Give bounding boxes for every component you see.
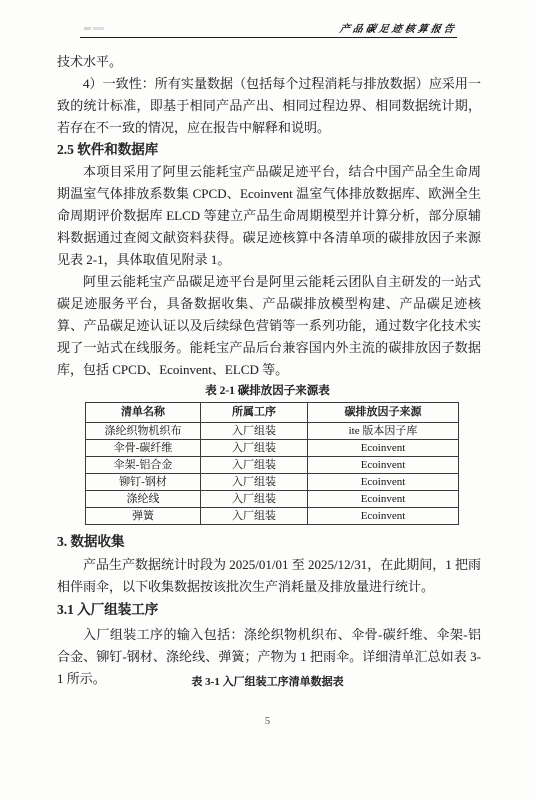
- body-text-block-upper: 技术水平。 4）一致性：所有实量数据（包括每个过程消耗与排放数据）应采用一致的统…: [57, 51, 481, 381]
- cell-process: 入厂组装: [201, 474, 308, 491]
- cell-process: 入厂组装: [201, 423, 308, 440]
- header-doc-title: 产品碳足迹核算报告: [339, 20, 459, 35]
- cell-inventory-name: 涤纶线: [86, 491, 201, 508]
- table-header-row: 清单名称 所属工序 碳排放因子来源: [86, 403, 459, 423]
- section-heading-2-5: 2.5 软件和数据库: [57, 139, 481, 161]
- paragraph-software-2: 阿里云能耗宝产品碳足迹平台是阿里云能耗云团队自主研发的一站式碳足迹服务平台，具备…: [57, 271, 481, 381]
- cell-factor-source: Ecoinvent: [308, 491, 459, 508]
- col-header-process: 所属工序: [201, 403, 308, 423]
- cell-process: 入厂组装: [201, 491, 308, 508]
- cell-factor-source: Ecoinvent: [308, 440, 459, 457]
- paragraph-data-collection: 产品生产数据统计时段为 2025/01/01 至 2025/12/31，在此期间…: [57, 554, 481, 598]
- cell-factor-source: Ecoinvent: [308, 508, 459, 525]
- paragraph-continuation: 技术水平。: [57, 51, 481, 73]
- cell-inventory-name: 弹簧: [86, 508, 201, 525]
- section-heading-3-1: 3.1 入厂组装工序: [57, 599, 158, 621]
- cell-factor-source: Ecoinvent: [308, 474, 459, 491]
- table-2-1-caption: 表 2-1 碳排放因子来源表: [0, 381, 535, 401]
- cell-inventory-name: 伞架-铝合金: [86, 457, 201, 474]
- table-row: 涤纶织物机织布 入厂组装 ite 版本因子库: [86, 423, 459, 440]
- table-row: 伞骨-碳纤维 入厂组装 Ecoinvent: [86, 440, 459, 457]
- cell-inventory-name: 伞骨-碳纤维: [86, 440, 201, 457]
- cell-process: 入厂组装: [201, 508, 308, 525]
- table-row: 弹簧 入厂组装 Ecoinvent: [86, 508, 459, 525]
- page-number: 5: [0, 714, 535, 730]
- table-row: 涤纶线 入厂组装 Ecoinvent: [86, 491, 459, 508]
- paragraph-software-1: 本项目采用了阿里云能耗宝产品碳足迹平台，结合中国产品全生命周期温室气体排放系数集…: [57, 161, 481, 271]
- table-3-1-caption: 表 3-1 入厂组装工序清单数据表: [0, 672, 535, 692]
- table-row: 铆钉-钢材 入厂组装 Ecoinvent: [86, 474, 459, 491]
- header-rule-divider: [80, 37, 457, 38]
- emission-factor-source-table: 清单名称 所属工序 碳排放因子来源 涤纶织物机织布 入厂组装 ite 版本因子库…: [85, 402, 459, 525]
- cell-process: 入厂组装: [201, 457, 308, 474]
- cell-inventory-name: 铆钉-钢材: [86, 474, 201, 491]
- cell-factor-source: ite 版本因子库: [308, 423, 459, 440]
- paragraph-consistency: 4）一致性：所有实量数据（包括每个过程消耗与排放数据）应采用一致的统计标准，即基…: [57, 73, 481, 139]
- cell-factor-source: Ecoinvent: [308, 457, 459, 474]
- document-page: 产品碳足迹核算报告 技术水平。 4）一致性：所有实量数据（包括每个过程消耗与排放…: [0, 0, 535, 800]
- scan-artifact-mark: [84, 27, 104, 30]
- table-row: 伞架-铝合金 入厂组装 Ecoinvent: [86, 457, 459, 474]
- cell-process: 入厂组装: [201, 440, 308, 457]
- section-heading-3: 3. 数据收集: [57, 531, 125, 553]
- col-header-factor-source: 碳排放因子来源: [308, 403, 459, 423]
- col-header-inventory-name: 清单名称: [86, 403, 201, 423]
- cell-inventory-name: 涤纶织物机织布: [86, 423, 201, 440]
